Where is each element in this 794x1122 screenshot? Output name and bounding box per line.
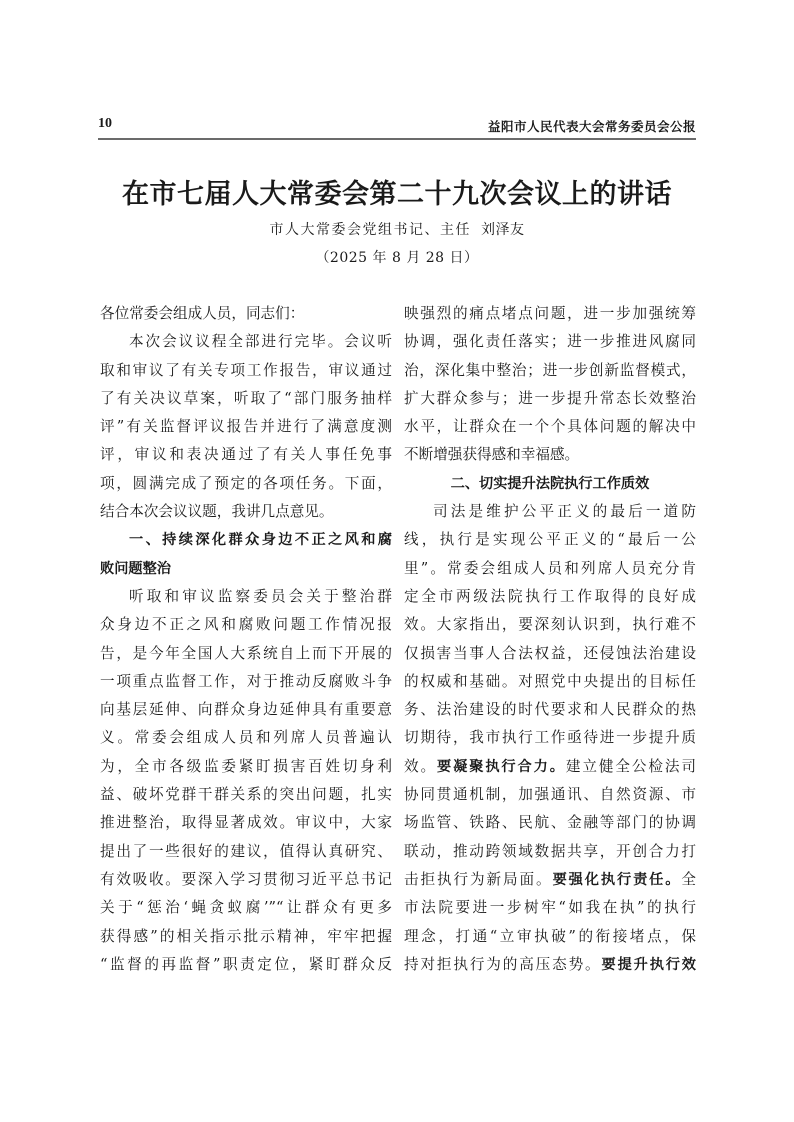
text-run: 持对拒执行为的高压态势。: [404, 956, 602, 973]
body-line: 提出了一些很好的建议，值得认真研究、: [100, 838, 392, 866]
body-line: 司法是维护公平正义的最后一道防: [404, 498, 696, 526]
body-line: 里”。常委会组成人员和列席人员充分肯: [404, 555, 696, 583]
body-line: 了有关决议草案，听取了“部门服务抽样: [100, 385, 392, 413]
body-line: 效。大家指出，要深刻认识到，执行难不: [404, 611, 696, 639]
article-title: 在市七届人大常委会第二十九次会议上的讲话: [0, 172, 794, 211]
body-line: 本次会议议程全部进行完毕。会议听: [100, 328, 392, 356]
body-line: 切期待，我市执行工作亟待进一步提升质: [404, 724, 696, 752]
body-line: 项，圆满完成了预定的各项任务。下面，: [100, 470, 392, 498]
body-line: 评”有关监督评议报告并进行了满意度测: [100, 413, 392, 441]
body-line: 的权威和基础。对照党中央提出的目标任: [404, 668, 696, 696]
section-heading-1: 一、持续深化群众身边不正之风和腐: [100, 526, 392, 554]
section-heading-2: 二、切实提升法院执行工作质效: [404, 470, 696, 498]
text-run: 击拒执行为新局面。: [404, 871, 553, 888]
text-run: 效。: [404, 758, 437, 775]
body-line: 评，审议和表决通过了有关人事任免事: [100, 441, 392, 469]
author-name: 刘泽友: [481, 222, 525, 238]
body-line-with-bold: 持对拒执行为的高压态势。要提升执行效: [404, 951, 696, 979]
body-line: 获得感”的相关指示批示精神，牢牢把握: [100, 923, 392, 951]
running-header: 10 益阳市人民代表大会常务委员会公报: [98, 116, 696, 140]
body-line: 告，是今年全国人大系统自上而下开展的: [100, 640, 392, 668]
body-line: 映强烈的痛点堵点问题，进一步加强统筹: [404, 300, 696, 328]
body-line-with-bold: 效。要凝聚执行合力。建立健全公检法司: [404, 753, 696, 781]
author-role: 市人大常委会党组书记、主任: [270, 222, 472, 238]
body-line: 听取和审议监察委员会关于整治群: [100, 583, 392, 611]
body-line: 水平，让群众在一个个具体问题的解决中: [404, 413, 696, 441]
body-line: 关于“惩治‘蝇贪蚁腐’”“让群众有更多: [100, 894, 392, 922]
body-line: 场监管、铁路、民航、金融等部门的协调: [404, 809, 696, 837]
body-line: 有效吸收。要深入学习贯彻习近平总书记: [100, 866, 392, 894]
speech-date: （2025 年 8 月 28 日）: [0, 247, 794, 267]
right-column: 映强烈的痛点堵点问题，进一步加强统筹 协调，强化责任落实；进一步推进风腐同 治，…: [404, 300, 696, 979]
body-line: 一项重点监督工作，对于推动反腐败斗争: [100, 668, 392, 696]
body-line-with-bold: 击拒执行为新局面。要强化执行责任。全: [404, 866, 696, 894]
body-line: 取和审议了有关专项工作报告，审议通过: [100, 357, 392, 385]
body-line: 不断增强获得感和幸福感。: [404, 441, 696, 469]
bold-lead-phrase: 要提升执行效: [602, 957, 696, 973]
body-line: 定全市两级法院执行工作取得的良好成: [404, 583, 696, 611]
body-line: 仅损害当事人合法权益，还侵蚀法治建设: [404, 640, 696, 668]
body-line: 市法院要进一步树牢“如我在执”的执行: [404, 894, 696, 922]
text-run: 建立健全公检法司: [566, 758, 696, 775]
body-line: 结合本次会议议题，我讲几点意见。: [100, 498, 392, 526]
salutation: 各位常委会组成人员，同志们：: [100, 300, 392, 328]
text-run: 全: [681, 871, 696, 888]
body-line: 扩大群众参与；进一步提升常态长效整治: [404, 385, 696, 413]
body-line: 理念，打通“立审执破”的衔接堵点，保: [404, 923, 696, 951]
body-line: 线，执行是实现公平正义的“最后一公: [404, 526, 696, 554]
body-line: “监督的再监督”职责定位，紧盯群众反: [100, 951, 392, 979]
journal-name: 益阳市人民代表大会常务委员会公报: [488, 117, 696, 135]
author-line: 市人大常委会党组书记、主任刘泽友: [0, 219, 794, 239]
page-number: 10: [98, 116, 112, 132]
body-line: 益、破坏党群干群关系的突出问题，扎实: [100, 781, 392, 809]
body-line: 治，深化集中整治；进一步创新监督模式，: [404, 357, 696, 385]
body-line: 务、法治建设的时代要求和人民群众的热: [404, 696, 696, 724]
left-column: 各位常委会组成人员，同志们： 本次会议议程全部进行完毕。会议听 取和审议了有关专…: [100, 300, 392, 979]
body-line: 为，全市各级监委紧盯损害百姓切身利: [100, 753, 392, 781]
body-line: 众身边不正之风和腐败问题工作情况报: [100, 611, 392, 639]
body-line: 协调，强化责任落实；进一步推进风腐同: [404, 328, 696, 356]
body-line: 推进整治，取得显著成效。审议中，大家: [100, 809, 392, 837]
bold-lead-phrase: 要凝聚执行合力。: [437, 759, 566, 775]
bold-lead-phrase: 要强化执行责任。: [553, 872, 682, 888]
body-line: 协同贯通机制，加强通讯、自然资源、市: [404, 781, 696, 809]
body-line: 联动，推动跨领域数据共享，开创合力打: [404, 838, 696, 866]
body-line: 义。常委会组成人员和列席人员普遍认: [100, 724, 392, 752]
section-heading-1-cont: 败问题整治: [100, 555, 392, 583]
body-line: 向基层延伸、向群众身边延伸具有重要意: [100, 696, 392, 724]
